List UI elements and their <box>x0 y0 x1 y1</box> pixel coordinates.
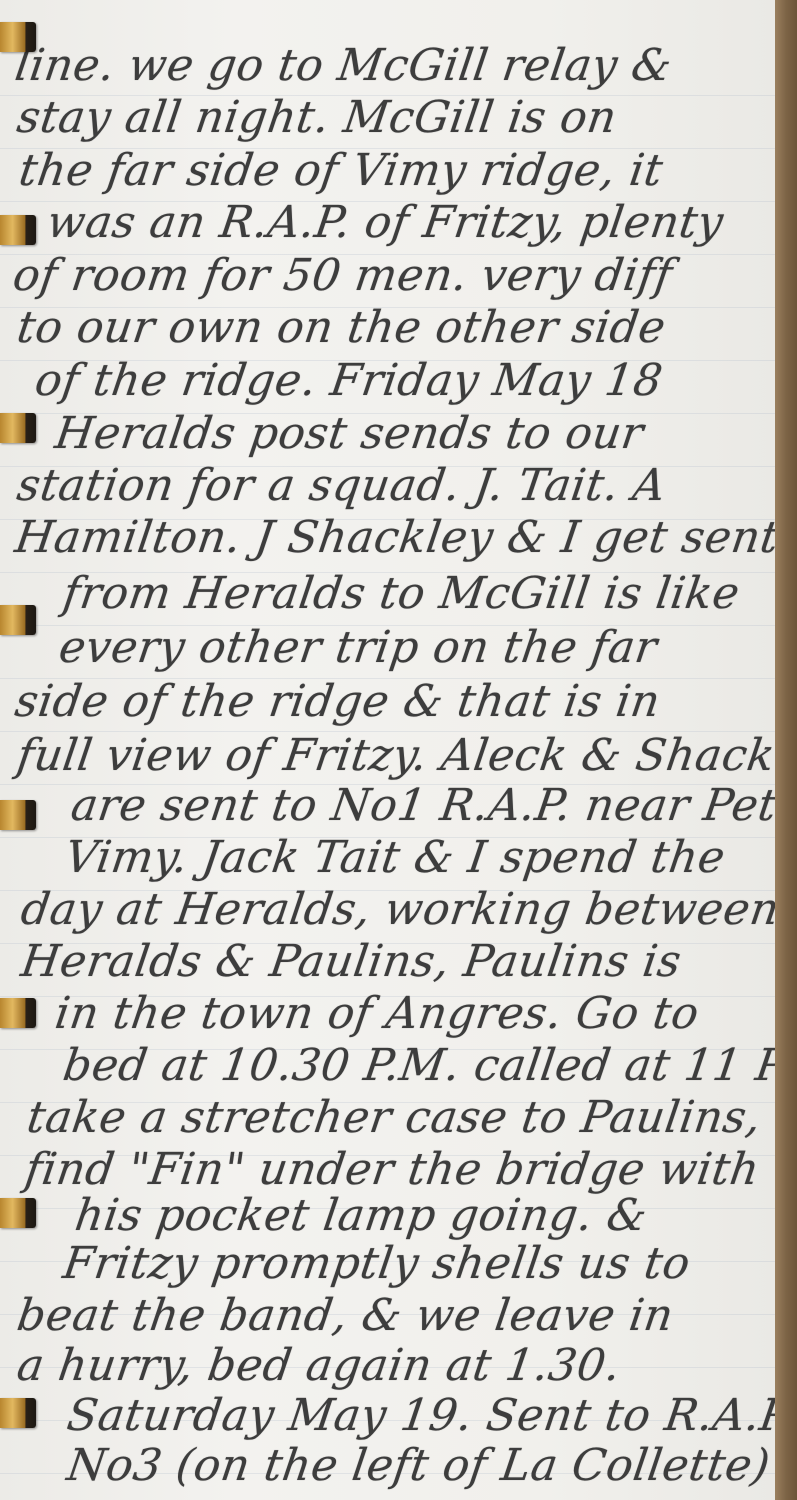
text-line: station for a squad. J. Tait. A <box>14 460 669 511</box>
text-line: day at Heralds, working between <box>18 884 783 935</box>
text-line: Vimy. Jack Tait & I spend the <box>62 832 728 883</box>
text-line: in the town of Angres. Go to <box>52 988 702 1039</box>
binder-ring <box>0 413 36 443</box>
text-line: line. we go to McGill relay & <box>12 40 675 91</box>
text-line: stay all night. McGill is on <box>14 92 620 143</box>
text-line: side of the ridge & that is in <box>12 676 663 727</box>
text-line: bed at 10.30 P.M. called at 11 P.M & <box>60 1040 797 1091</box>
text-line: was an R.A.P. of Fritzy, plenty <box>44 197 727 248</box>
binder-ring <box>0 998 36 1028</box>
text-line: take a stretcher case to Paulins, <box>24 1092 764 1143</box>
text-line: full view of Fritzy. Aleck & Shack <box>14 730 778 781</box>
text-line: Hamilton. J Shackley & I get sent <box>12 512 782 563</box>
text-line: beat the band, & we leave in <box>14 1290 677 1341</box>
text-line: a hurry, bed again at 1.30. <box>14 1340 624 1391</box>
binder-ring <box>0 1398 36 1428</box>
text-line: of the ridge. Friday May 18 <box>32 355 666 406</box>
text-line: his pocket lamp going. & <box>72 1190 650 1241</box>
binder-ring <box>0 800 36 830</box>
text-line: from Heralds to McGill is like <box>60 568 743 619</box>
text-line: Heralds post sends to our <box>52 408 647 459</box>
text-line: are sent to No1 R.A.P. near Petit <box>68 780 797 831</box>
binder-ring <box>0 1198 36 1228</box>
binder-ring <box>0 22 36 52</box>
text-line: every other trip on the far <box>56 622 660 673</box>
text-line: the far side of Vimy ridge, it <box>16 145 666 196</box>
diary-page: line. we go to McGill relay & stay all n… <box>0 0 775 1500</box>
text-line: find "Fin" under the bridge with <box>22 1144 763 1195</box>
binder-ring <box>0 215 36 245</box>
text-line: Heralds & Paulins, Paulins is <box>18 936 684 987</box>
text-line: No3 (on the left of La Collette) <box>64 1440 773 1491</box>
binder-ring <box>0 605 36 635</box>
text-line: Saturday May 19. Sent to R.A.P <box>64 1390 794 1441</box>
text-line: of room for 50 men. very diff <box>10 250 676 301</box>
notebook-cover-edge <box>775 0 797 1500</box>
text-line: to our own on the other side <box>14 302 669 353</box>
text-line: Fritzy promptly shells us to <box>60 1238 693 1289</box>
